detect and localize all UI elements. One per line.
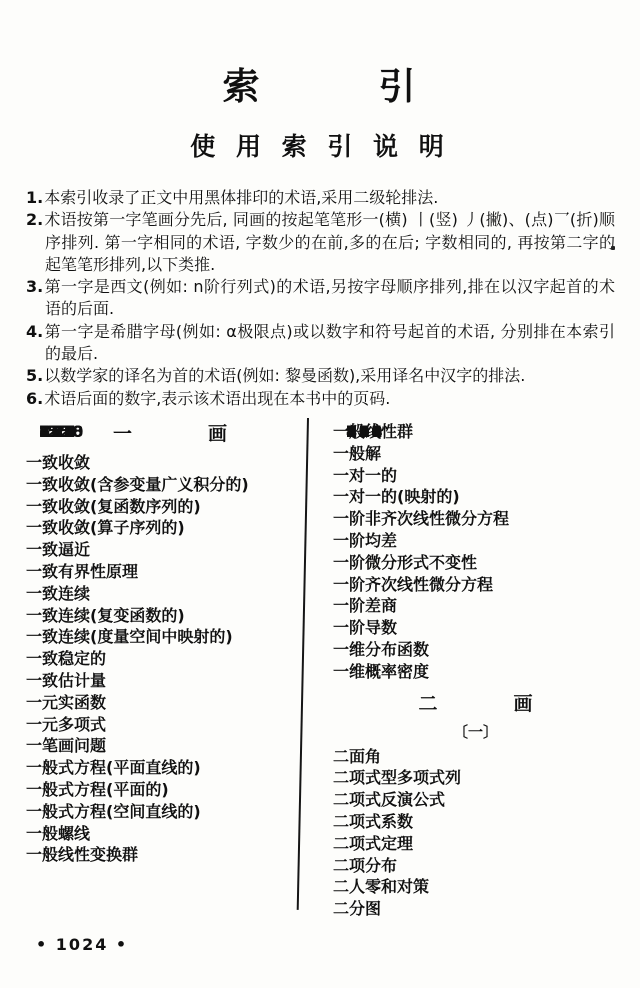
book-page: 索 引 使 用 索 引 说 明 1.本索引收录了正文中用黑体排印的术语,采用二级… [0, 0, 640, 988]
instruction-item: 2.术语按第一字笔画分先后, 同画的按起笔笔形一(横) 丨(竖) 丿(撇)、(点… [26, 209, 615, 276]
entry-page-number: 521 [39, 421, 314, 866]
index-left-column: 一 画一致收敛232一致收敛(含参变量广义积分的)250一致收敛(复函数序列的)… [26, 421, 314, 866]
instruction-text: 第一字是希腊字母(例如: α极限点)或以数字和符号起首的术语, 分别排在本索引的… [44, 322, 615, 363]
instruction-text: 本索引收录了正文中用黑体排印的术语,采用二级轮排法. [44, 188, 438, 207]
instruction-number: 5. [26, 366, 43, 385]
index-entry: 二分图800 [333, 898, 618, 920]
instruction-number: 1. [26, 188, 43, 207]
page-subtitle: 使 用 索 引 说 明 [0, 127, 640, 163]
instruction-number: 6. [26, 389, 43, 408]
instruction-number: 4. [26, 322, 43, 341]
entry-page-number: 800 [346, 421, 618, 920]
instruction-item: 1.本索引收录了正文中用黑体排印的术语,采用二级轮排法. [26, 187, 615, 209]
index-usage-instructions: 1.本索引收录了正文中用黑体排印的术语,采用二级轮排法.2.术语按第一字笔画分先… [26, 187, 615, 410]
instruction-text: 以数学家的译名为首的术语(例如: 黎曼函数),采用译名中汉字的排法. [44, 366, 525, 385]
instruction-number: 3. [26, 277, 43, 296]
scan-artifact-dot [611, 246, 615, 250]
index-entry: 一般线性变换群521 [26, 844, 314, 866]
instruction-item: 4.第一字是希腊字母(例如: α极限点)或以数字和符号起首的术语, 分别排在本索… [26, 321, 615, 366]
page-title: 索 引 [0, 56, 640, 110]
instruction-item: 6.术语后面的数字,表示该术语出现在本书中的页码. [26, 388, 615, 410]
instruction-number: 2. [26, 210, 43, 229]
page-number: • 1024 • [36, 935, 128, 954]
instruction-text: 术语按第一字笔画分先后, 同画的按起笔笔形一(横) 丨(竖) 丿(撇)、(点)乛… [44, 210, 615, 274]
instruction-item: 5.以数学家的译名为首的术语(例如: 黎曼函数),采用译名中汉字的排法. [26, 365, 615, 387]
instruction-item: 3.第一字是西文(例如: n阶行列式)的术语,另按字母顺序排列,排在以汉字起首的… [26, 276, 615, 321]
index-right-column: 一般线性群521一般解115一对一的138一对一的(映射的)514一阶非齐次线性… [333, 421, 618, 920]
instruction-text: 第一字是西文(例如: n阶行列式)的术语,另按字母顺序排列,排在以汉字起首的术语… [44, 277, 615, 318]
instruction-text: 术语后面的数字,表示该术语出现在本书中的页码. [44, 389, 390, 408]
